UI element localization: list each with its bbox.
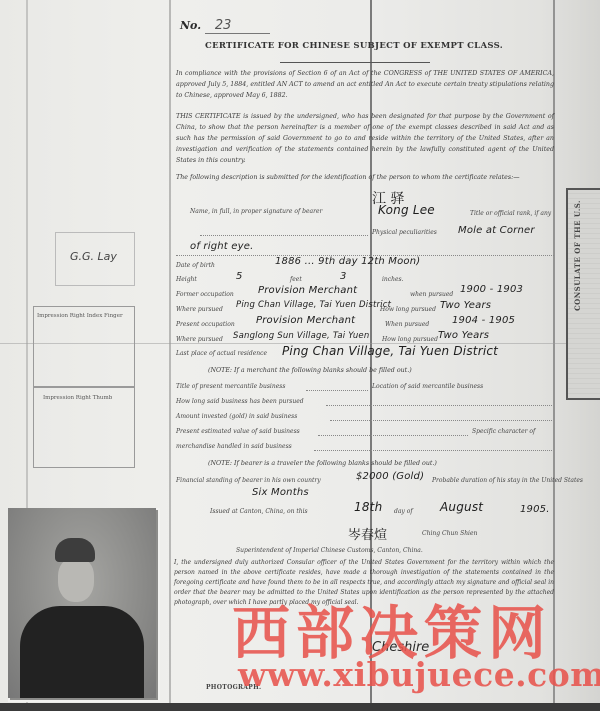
finger-impression-label: Impression Right Index Finger xyxy=(37,313,123,319)
photo-robe xyxy=(20,606,144,698)
stamp-text: CONSULATE OF THE U.S. xyxy=(573,200,582,311)
number-label: No. xyxy=(180,19,201,32)
compliance-paragraph: In compliance with the provisions of Sec… xyxy=(176,68,554,101)
name-label: Name, in full, in proper signature of be… xyxy=(190,208,322,215)
former-howlong-label: How long pursued xyxy=(380,306,436,313)
physical-value-cont: of right eye. xyxy=(190,241,254,252)
title-business-label: Title of present mercantile business xyxy=(176,383,285,390)
former-howlong-value: Two Years xyxy=(440,300,491,311)
merchant-note: (NOTE: If a merchant the following blank… xyxy=(208,367,412,374)
description-intro: The following description is submitted f… xyxy=(176,172,554,183)
thumb-impression-label: Impression Right Thumb xyxy=(43,395,112,401)
residence-value: Ping Chan Village, Tai Yuen District xyxy=(282,344,498,358)
duration-label: Probable duration of his stay in the Uni… xyxy=(432,477,583,484)
margin-signature: G.G. Lay xyxy=(70,250,117,263)
financial-value: $2000 (Gold) xyxy=(356,471,424,482)
issue-year: 1905. xyxy=(520,504,550,515)
issue-month: August xyxy=(440,500,483,514)
certificate-number: No. 23 xyxy=(180,18,270,34)
present-howlong-label: How long pursued xyxy=(382,336,438,343)
fold-line xyxy=(169,0,171,711)
official-chinese-name: 岑春煊 xyxy=(348,524,387,543)
dotted-line xyxy=(200,234,368,236)
photo-face xyxy=(58,558,94,602)
estimated-value-label: Present estimated value of said business xyxy=(176,428,300,435)
present-when-value: 1904 - 1905 xyxy=(452,315,515,326)
dotted-line xyxy=(330,419,552,421)
physical-value: Mole at Corner xyxy=(458,225,535,236)
former-occupation-value: Provision Merchant xyxy=(258,285,357,296)
present-where-label: Where pursued xyxy=(176,336,223,343)
amount-invested-label: Amount invested (gold) in said business xyxy=(176,413,297,420)
height-inches-label: inches. xyxy=(382,276,404,283)
financial-label: Financial standing of bearer in his own … xyxy=(176,477,321,484)
photo-cap xyxy=(55,538,95,562)
duration-value: Six Months xyxy=(252,487,309,498)
day-of-label: day of xyxy=(394,508,413,515)
dotted-line xyxy=(314,449,552,451)
name-value: Kong Lee xyxy=(378,203,435,217)
certificate-paragraph: THIS CERTIFICATE is issued by the unders… xyxy=(176,111,554,166)
present-where-value: Sanglong Sun Village, Tai Yuen xyxy=(233,331,369,341)
present-occupation-label: Present occupation xyxy=(176,321,235,328)
location-label: Location of said mercantile business xyxy=(372,383,483,390)
number-value: 23 xyxy=(205,18,270,34)
present-howlong-value: Two Years xyxy=(438,330,489,341)
former-where-label: Where pursued xyxy=(176,306,223,313)
former-where-value: Ping Chan Village, Tai Yuen District xyxy=(236,300,391,310)
official-title: Superintendent of Imperial Chinese Custo… xyxy=(236,547,423,554)
dotted-line xyxy=(306,389,368,391)
consulate-stamp xyxy=(566,188,600,400)
height-inches: 3 xyxy=(340,271,347,282)
dob-label: Date of birth xyxy=(176,262,215,269)
height-feet: 5 xyxy=(236,271,243,282)
former-when-label: when pursued xyxy=(410,291,453,298)
specific-character-label: Specific character of xyxy=(472,428,535,435)
scan-edge xyxy=(0,703,600,711)
physical-label: Physical peculiarities xyxy=(372,229,437,236)
residence-label: Last place of actual residence xyxy=(176,350,267,357)
dob-value: 1886 ... 9th day 12th Moon) xyxy=(275,256,420,267)
document-title: CERTIFICATE FOR CHINESE SUBJECT OF EXEMP… xyxy=(205,41,503,51)
height-feet-label: feet xyxy=(290,276,302,283)
former-when-value: 1900 - 1903 xyxy=(460,284,523,295)
former-occupation-label: Former occupation xyxy=(176,291,234,298)
how-long-business-label: How long said business has been pursued xyxy=(176,398,304,405)
present-when-label: When pursued xyxy=(385,321,429,328)
merchandise-label: merchandise handled in said business xyxy=(176,443,292,450)
dotted-line xyxy=(318,434,468,436)
ornamental-rule xyxy=(280,62,430,63)
watermark-url: www.xibujuece.com xyxy=(238,655,600,694)
official-name: Ching Chun Shien xyxy=(422,530,477,537)
title-label: Title or official rank, if any xyxy=(470,210,551,217)
issued-label: Issued at Canton, China, on this xyxy=(210,508,308,515)
issue-day: 18th xyxy=(354,500,382,514)
traveler-note: (NOTE: If bearer is a traveler the follo… xyxy=(208,460,437,467)
present-occupation-value: Provision Merchant xyxy=(256,315,355,326)
dotted-line xyxy=(326,404,552,406)
height-label: Height xyxy=(176,276,197,283)
